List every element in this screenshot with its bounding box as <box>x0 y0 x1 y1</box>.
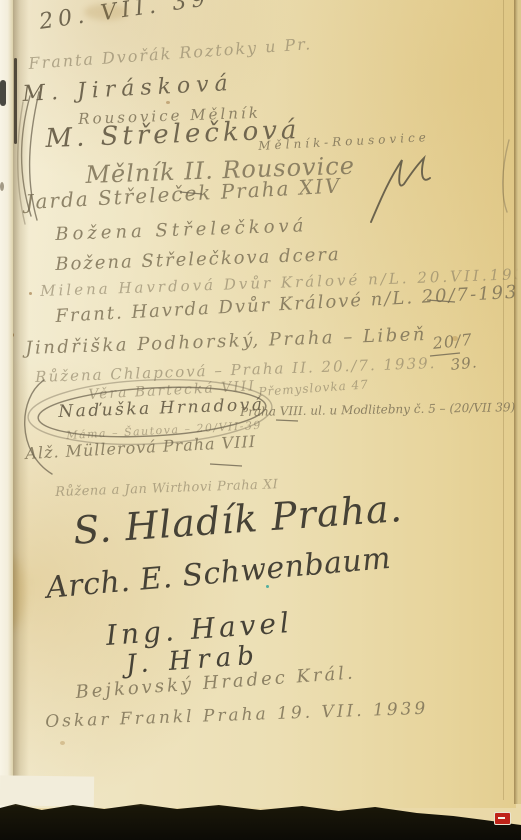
edge-dark-mark <box>0 182 4 191</box>
handwritten-entry: 39. <box>450 355 478 373</box>
scanned-guestbook-page: 20. VII. 39Franta Dvořák Roztoky u Pr.M.… <box>0 0 521 840</box>
handwritten-entry: M. Jirásková <box>22 73 234 106</box>
teal-speck <box>266 585 269 588</box>
handwritten-entry: Arch. E. Schwenbaum <box>45 544 392 604</box>
handwritten-entry: Naďuška Hrnadová <box>58 397 265 421</box>
handwritten-entry: 20/7 <box>432 332 473 352</box>
red-tag-icon <box>494 812 511 825</box>
gutter-crease-mark <box>14 58 17 144</box>
page-right-edge <box>514 0 521 804</box>
handwritten-entry: Oskar Frankl Praha 19. VII. 1939 <box>45 701 429 731</box>
handwritten-entry: Praha VIII. ul. u Modlitebny č. 5 – (20/… <box>240 401 515 418</box>
underlying-page-edge <box>0 0 13 812</box>
guestbook-page-paper: 20. VII. 39Franta Dvořák Roztoky u Pr.M.… <box>13 0 516 808</box>
foxing-spot <box>452 336 458 341</box>
handwritten-entry: S. Hladík Praha. <box>72 489 404 550</box>
handwritten-entry: Božena Střelečková <box>55 217 308 244</box>
foxing-spot <box>166 101 170 104</box>
paper-stain <box>84 4 128 20</box>
edge-dark-mark <box>0 80 6 106</box>
entries-layer: 20. VII. 39Franta Dvořák Roztoky u Pr.M.… <box>0 0 521 808</box>
handwritten-entry: Franta Dvořák Roztoky u Pr. <box>28 36 313 72</box>
handwritten-entry: Jarda Střeleček Praha XIV <box>25 175 342 212</box>
table-surface-corner <box>0 775 94 806</box>
foxing-spot <box>60 741 65 745</box>
handwritten-entry: Božena Střelečkova dcera <box>55 246 341 274</box>
handwritten-entry: Jindřiška Podhorský, Praha – Libeň <box>25 326 427 358</box>
foxing-spot <box>29 292 32 295</box>
handwritten-entry: Alž. Müllerová Praha VIII <box>25 434 257 462</box>
page-edge-line <box>503 0 504 800</box>
handwritten-entry: Přemyslovka 47 <box>258 378 369 398</box>
handwritten-entry: 20. VII. 39 <box>38 0 212 34</box>
